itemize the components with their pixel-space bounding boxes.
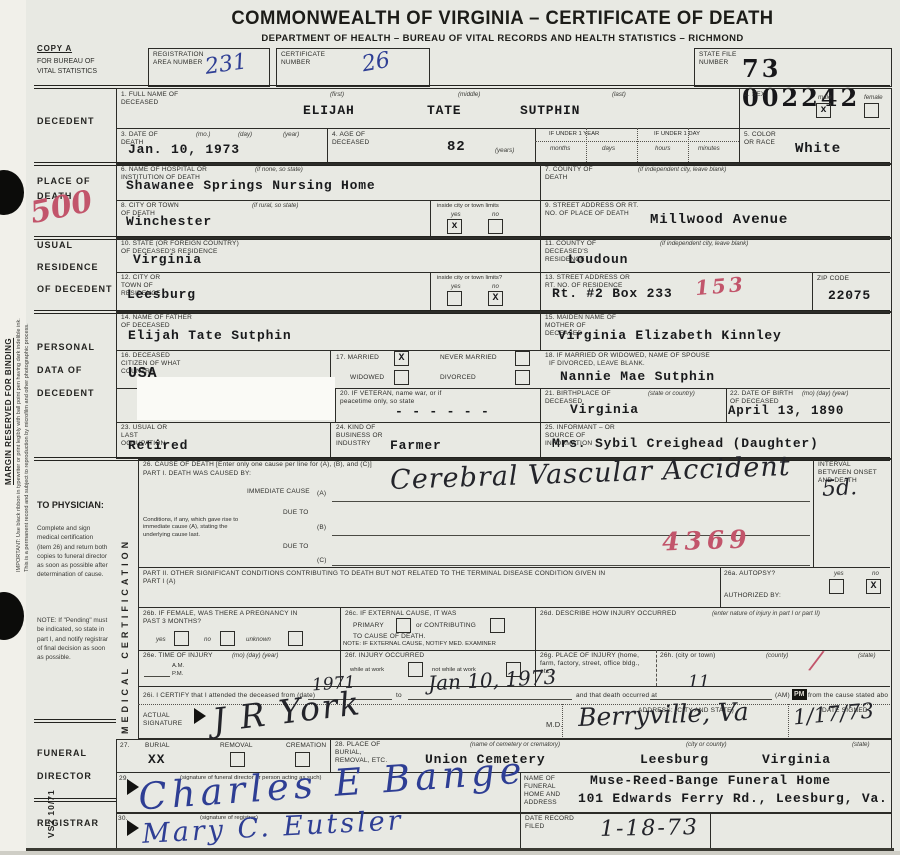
certify-to-line — [408, 699, 572, 700]
autopsy-no-checkbox: X — [866, 579, 881, 594]
signature-arrow-icon — [194, 708, 206, 724]
pregnancy-unknown-checkbox — [288, 631, 303, 646]
md-label: M.D. — [546, 720, 563, 729]
cause-c-line — [332, 565, 810, 566]
sidebar-funeral-label-2: DIRECTOR — [37, 771, 92, 781]
while-at-work-label: while at work — [350, 667, 384, 674]
removal-label: REMOVAL — [220, 742, 253, 750]
field26b-label: 26b. IF FEMALE, WAS THERE A PREGNANCY IN… — [143, 610, 303, 626]
dotted-divider — [586, 128, 587, 162]
field11-hint: (if independent city, leave blank) — [660, 240, 748, 247]
burial-state-hint: (state) — [852, 741, 870, 748]
pregnancy-unknown-label: unknown — [246, 636, 271, 643]
residence-street-value: Rt. #2 Box 233 — [552, 286, 672, 301]
cell-divider — [720, 567, 721, 607]
cremation-label: CREMATION — [286, 742, 326, 750]
primary-checkbox — [396, 618, 411, 633]
limits-yes-label: yes — [451, 211, 461, 218]
row-divider — [138, 607, 890, 608]
married-checkbox: X — [394, 351, 409, 366]
widowed-label: WIDOWED — [350, 374, 384, 382]
am-paren-label: (AM) — [775, 692, 790, 700]
county-hint: (county) — [766, 652, 788, 659]
divorced-checkbox — [515, 370, 530, 385]
sheet-bottom-shadow — [0, 851, 900, 855]
part2-label: PART II. OTHER SIGNIFICANT CONDITIONS CO… — [143, 570, 613, 586]
death-certificate-sheet: MARGIN RESERVED FOR BINDING IMPORTANT: U… — [0, 0, 900, 855]
sidebar-decedent-label: DECEDENT — [37, 116, 95, 126]
certificate-number-label: CERTIFICATE NUMBER — [281, 51, 336, 67]
cell-divider — [812, 272, 813, 310]
residence-limits-yes-label: yes — [451, 283, 461, 290]
row-divider — [116, 272, 890, 273]
interval-divider — [813, 459, 814, 567]
field26g-label: 26g. PLACE OF INJURY (home, farm, factor… — [540, 652, 648, 676]
cell-divider — [710, 812, 711, 848]
field18-hint: IF DIVORCED, LEAVE BLANK. — [549, 360, 699, 368]
under-1-year-label: IF UNDER 1 YEAR — [549, 131, 599, 138]
field6-hint: (if none, so state) — [255, 166, 303, 173]
row-divider — [138, 567, 890, 568]
pregnancy-no-checkbox — [220, 631, 235, 646]
pm-label: P.M. — [172, 671, 183, 678]
cause-c-label: (C) — [317, 557, 327, 565]
date-filed-value: 1-18-73 — [600, 815, 699, 842]
row-divider — [116, 200, 890, 201]
field26c-label: 26c. IF EXTERNAL CAUSE, IT WAS — [345, 610, 495, 618]
widowed-checkbox — [394, 370, 409, 385]
sex-male-label: male — [818, 94, 831, 101]
field26-label: 26. CAUSE OF DEATH [Enter only one cause… — [143, 461, 403, 469]
father-name-value: Elijah Tate Sutphin — [128, 328, 291, 343]
cause-a-line — [332, 501, 810, 502]
cell-divider — [540, 312, 541, 350]
cell-divider — [540, 388, 541, 422]
field26d-hint: (enter nature of injury in part I or par… — [712, 610, 820, 617]
field8-hint: (if rural, so state) — [252, 202, 298, 209]
divorced-label: DIVORCED — [440, 374, 476, 382]
state-file-label: STATE FILE NUMBER — [699, 51, 744, 67]
field4-label: 4. AGE OF DECEASED — [332, 131, 377, 147]
funeral-home-name-value: Muse-Reed-Bange Funeral Home — [590, 773, 831, 788]
cell-divider — [520, 812, 521, 848]
certificate-title: COMMONWEALTH OF VIRGINIA – CERTIFICATE O… — [141, 8, 864, 30]
burial-city-hint: (city or county) — [686, 741, 727, 748]
occupation-value: Retired — [128, 438, 188, 453]
field7-hint: (if independent city, leave blank) — [638, 166, 726, 173]
sidebar-personal-label-3: DECEDENT — [37, 388, 95, 398]
cell-divider — [540, 238, 541, 310]
sidebar-physician-note: Complete and sign medical certification … — [37, 524, 109, 580]
interval-value: 5d. — [821, 475, 857, 502]
row-divider — [116, 350, 890, 351]
field5-label: 5. COLOR OR RACE — [744, 131, 784, 147]
zip-value: 22075 — [828, 288, 871, 303]
limits-no-checkbox — [488, 219, 503, 234]
never-married-label: NEVER MARRIED — [440, 354, 497, 362]
medical-certification-vertical-label: MEDICAL CERTIFICATION — [120, 462, 130, 734]
spouse-name-value: Nannie Mae Sutphin — [560, 369, 715, 384]
field1-middle-hint: (middle) — [458, 91, 480, 98]
residence-limits-no-checkbox: X — [488, 291, 503, 306]
informant-value: Mrs. Sybil Creighead (Daughter) — [552, 436, 819, 451]
to-cause-label: TO CAUSE OF DEATH. — [353, 633, 426, 641]
certificate-subtitle: DEPARTMENT OF HEALTH – BUREAU OF VITAL R… — [130, 33, 875, 44]
name-first-value: ELIJAH — [303, 103, 355, 118]
field26f-label: 26f. INJURY OCCURRED — [345, 652, 424, 660]
zip-label: ZIP CODE — [817, 275, 849, 283]
residence-state-value: Virginia — [133, 252, 202, 267]
sidebar-physician-note2: NOTE: If "Pending" must be indicated, so… — [37, 616, 111, 662]
field24-label: 24. KIND OF BUSINESS OR INDUSTRY — [336, 424, 396, 448]
dotted-divider — [688, 128, 689, 162]
sidebar-divider — [34, 719, 116, 723]
certify-tail-text: from the cause stated abo — [808, 692, 890, 700]
cell-divider — [726, 388, 727, 422]
funeral-home-label: NAME OF FUNERAL HOME AND ADDRESS — [524, 775, 576, 808]
cause-code-annotation: 4369 — [662, 524, 753, 556]
cemetery-hint: (name of cemetery or crematory) — [470, 741, 560, 748]
pregnancy-no-label: no — [204, 636, 211, 643]
field18-label: 18. IF MARRIED OR WIDOWED, NAME OF SPOUS… — [545, 352, 745, 360]
copy-label: COPY A — [37, 44, 72, 53]
dotted-divider — [788, 704, 789, 737]
field21-hint: (state or country) — [648, 390, 695, 397]
due-to-label-2: DUE TO — [283, 543, 309, 551]
field1-last-hint: (last) — [612, 91, 626, 98]
cause-b-label: (B) — [317, 524, 326, 532]
sidebar-personal-label-2: DATA OF — [37, 365, 82, 375]
days-label: days — [602, 145, 615, 152]
cell-divider — [335, 388, 336, 422]
field1-label: 1. FULL NAME OF DECEASED — [121, 91, 191, 107]
sidebar-residence-label-1: USUAL — [37, 240, 73, 250]
residence-county-value: Loudoun — [568, 252, 628, 267]
signature-arrow-icon — [127, 820, 139, 836]
sidebar-residence-label-3: OF DECEDENT — [37, 284, 113, 294]
burial-state-value: Virginia — [762, 752, 831, 767]
contributing-checkbox — [490, 618, 505, 633]
autopsy-yes-checkbox — [829, 579, 844, 594]
field2-label: 2. SEX — [744, 91, 765, 99]
business-value: Farmer — [390, 438, 442, 453]
dotted-divider — [562, 704, 563, 737]
residence-limits-label: inside city or town limits? — [437, 275, 517, 282]
field3-day-hint: (day) — [238, 131, 252, 138]
city-of-death-value: Winchester — [126, 214, 212, 229]
age-unit-hint: (years) — [495, 147, 514, 154]
cause-a-label: (A) — [317, 490, 326, 498]
mother-name-value: Virginia Elizabeth Kinnley — [558, 328, 782, 343]
external-cause-note: NOTE: IF EXTERNAL CAUSE, NOTIFY MED. EXA… — [343, 641, 533, 648]
contributing-label: or CONTRIBUTING — [416, 622, 476, 630]
autopsy-no-label: no — [872, 570, 879, 577]
race-value: White — [795, 141, 841, 157]
limits-no-label: no — [492, 211, 499, 218]
date-filed-label: DATE RECORD FILED — [525, 815, 575, 831]
residence-limits-no-label: no — [492, 283, 499, 290]
field26e-sub-hint: (mo) (day) (year) — [232, 652, 332, 659]
row-divider — [116, 422, 890, 423]
cell-divider — [327, 128, 328, 162]
field9-label: 9. STREET ADDRESS OR RT. NO. OF PLACE OF… — [545, 202, 640, 218]
cell-divider — [540, 422, 541, 457]
name-last-value: SUTPHIN — [520, 103, 580, 118]
sidebar-divider — [34, 798, 116, 802]
field3-year-hint: (year) — [283, 131, 299, 138]
death-hour-value: 11 — [688, 672, 710, 692]
burial-label: BURIAL — [145, 742, 170, 750]
funeral-home-address-value: 101 Edwards Ferry Rd., Leesburg, Va. — [578, 791, 888, 806]
field26e-label: 26e. TIME OF INJURY — [143, 652, 213, 660]
state-hint: (state) — [858, 652, 876, 659]
hours-label: hours — [655, 145, 670, 152]
veteran-value: - - - - - - — [395, 404, 490, 419]
sidebar-residence-label-2: RESIDENCE — [37, 262, 99, 272]
redaction-whiteout — [137, 377, 335, 420]
dotted-divider — [637, 128, 638, 162]
field26d-label: 26d. DESCRIBE HOW INJURY OCCURRED — [540, 610, 676, 618]
field1-first-hint: (first) — [330, 91, 344, 98]
actual-signature-label: ACTUAL SIGNATURE — [143, 712, 185, 728]
cell-divider — [430, 200, 431, 236]
never-married-checkbox — [515, 351, 530, 366]
sidebar-registrar-label: REGISTRAR — [37, 818, 99, 828]
sex-male-checkbox: x — [816, 103, 831, 118]
sex-female-label: female — [864, 94, 883, 101]
primary-label: PRIMARY — [353, 622, 384, 630]
minutes-label: minutes — [698, 145, 720, 152]
under-1-day-label: IF UNDER 1 DAY — [654, 131, 700, 138]
field7-label: 7. COUNTY OF DEATH — [545, 166, 595, 182]
age-value: 82 — [447, 139, 465, 155]
margin-binding-note: MARGIN RESERVED FOR BINDING — [4, 290, 13, 485]
field3-month-hint: (mo.) — [196, 131, 210, 138]
part1-label: PART I. DEATH WAS CAUSED BY: — [143, 470, 303, 478]
limits-yes-checkbox: x — [447, 219, 462, 234]
sidebar-physician-title: TO PHYSICIAN: — [37, 500, 107, 511]
time-blank-line — [144, 676, 170, 677]
am-label: A.M. — [172, 663, 184, 670]
residence-code-annotation: 153 — [694, 272, 747, 300]
date-of-death-value: Jan. 10, 1973 — [128, 142, 240, 157]
birthplace-value: Virginia — [570, 402, 639, 417]
due-to-label-1: DUE TO — [283, 509, 309, 517]
hospital-value: Shawanee Springs Nursing Home — [126, 178, 375, 193]
cell-divider — [430, 272, 431, 310]
sidebar-funeral-label-1: FUNERAL — [37, 748, 87, 758]
margin-important-note-line1: IMPORTANT: Use black ribbon in typewrite… — [16, 272, 22, 572]
row-divider — [138, 650, 890, 651]
removal-checkbox — [230, 752, 245, 767]
pregnancy-yes-checkbox — [174, 631, 189, 646]
months-label: months — [550, 145, 570, 152]
certify-mid-text: and that death occurred at — [576, 692, 657, 700]
burial-city-value: Leesburg — [640, 752, 709, 767]
residence-city-value: Leesburg — [127, 287, 196, 302]
burial-mark: XX — [148, 752, 165, 767]
bureau-label: FOR BUREAU OF VITAL STATISTICS — [37, 57, 109, 77]
married-label: 17. MARRIED — [336, 354, 379, 362]
field26a-label: 26a. AUTOPSY? — [724, 570, 775, 578]
residence-limits-yes-checkbox — [447, 291, 462, 306]
cell-divider — [739, 88, 740, 162]
pregnancy-yes-label: yes — [156, 636, 166, 643]
margin-important-note-line2: This is a permanent record and subject t… — [24, 272, 30, 572]
sex-female-checkbox — [864, 103, 879, 118]
field26h-label: 26h. (city or town) — [660, 652, 715, 660]
dashed-divider — [656, 650, 657, 686]
certify-to-word: to — [396, 692, 402, 700]
field27-number: 27. — [120, 742, 130, 750]
cell-divider — [535, 128, 536, 162]
field22-sub-hint: (mo) (day) (year) — [802, 390, 887, 397]
street-of-death-value: Millwood Avenue — [650, 212, 788, 228]
while-at-work-checkbox — [408, 662, 423, 677]
date-of-birth-value: April 13, 1890 — [728, 404, 844, 418]
immediate-cause-label: IMMEDIATE CAUSE — [247, 488, 310, 496]
conditions-note: Conditions, if any, which gave rise to i… — [143, 517, 245, 539]
name-middle-value: TATE — [427, 103, 461, 118]
authorized-by-label: AUTHORIZED BY: — [724, 592, 781, 600]
certificate-number-value: 26 — [360, 48, 392, 77]
pm-highlight-chip: PM — [792, 689, 807, 700]
row-divider — [116, 128, 890, 129]
limits-label: inside city or town limits — [437, 203, 517, 210]
physician-address-value: Berryville, Va — [578, 697, 750, 732]
autopsy-yes-label: yes — [834, 570, 844, 577]
cell-divider — [330, 422, 331, 457]
cell-divider — [520, 772, 521, 812]
sidebar-personal-label-1: PERSONAL — [37, 342, 95, 352]
